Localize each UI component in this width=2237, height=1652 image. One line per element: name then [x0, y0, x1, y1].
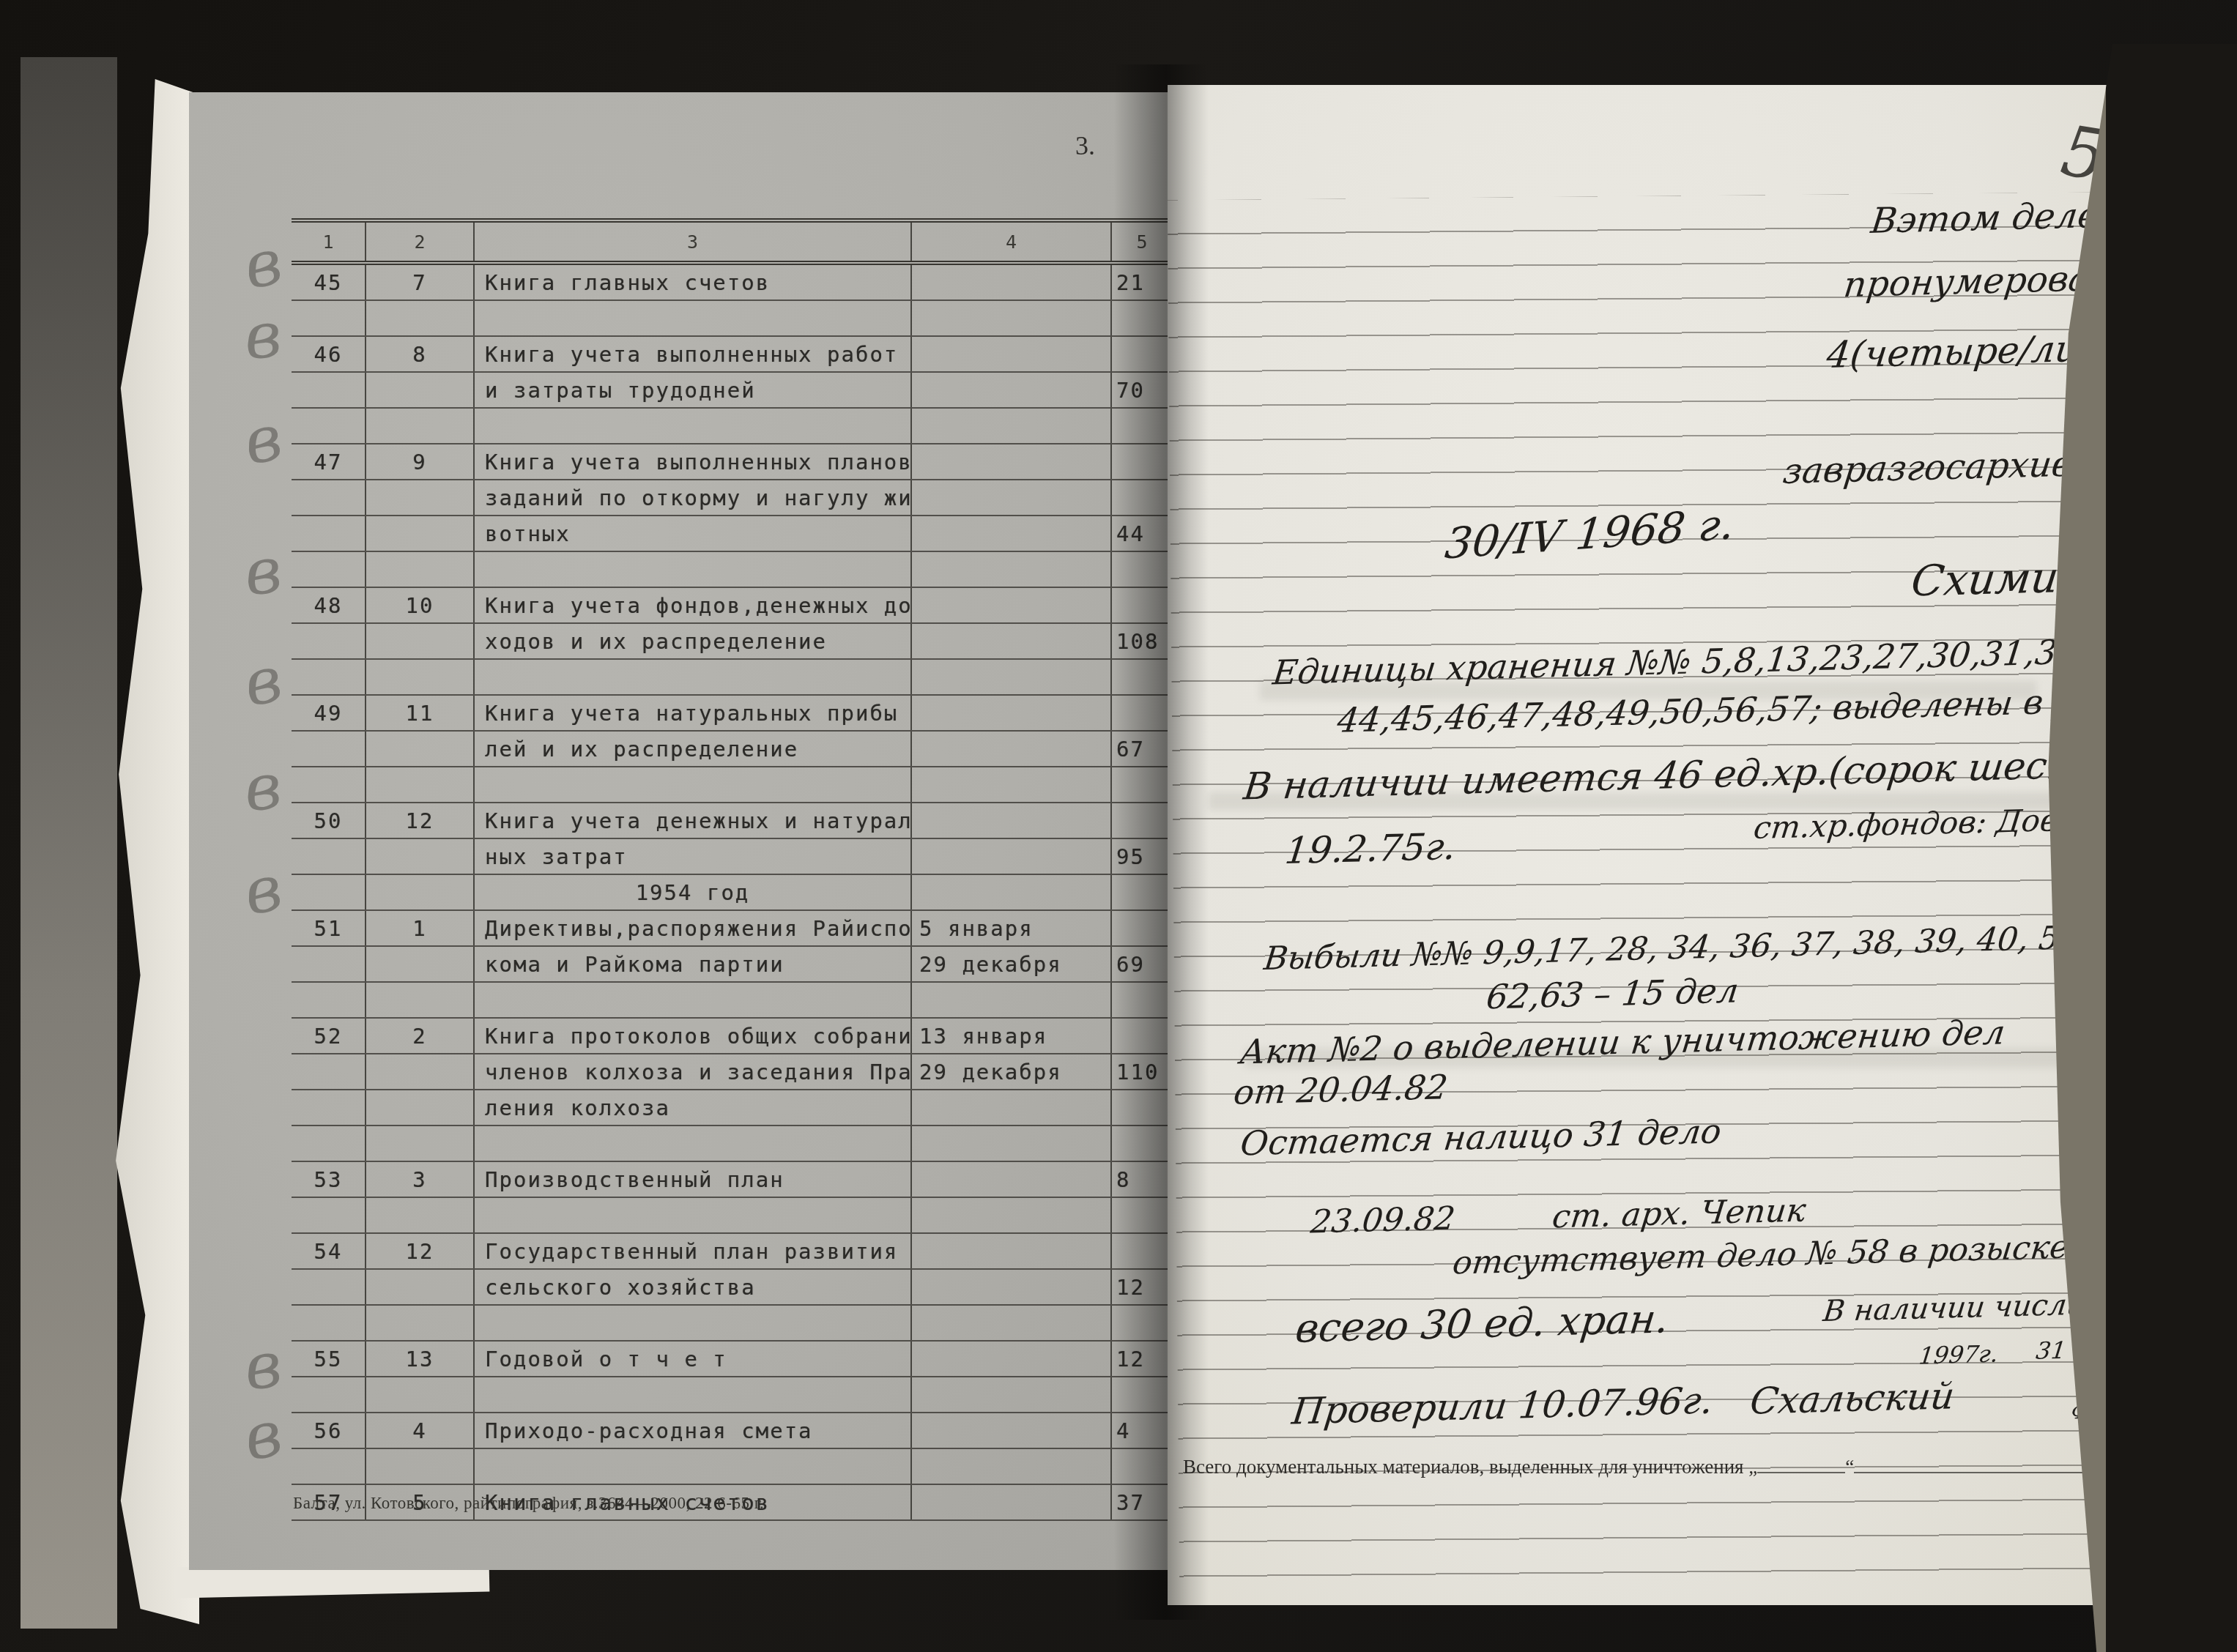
cell-entry-number: 51 [292, 911, 366, 945]
table-row: 48 10 Книга учета фондов,денежных до- [292, 588, 1168, 624]
cell-entry-number: 50 [292, 803, 366, 838]
cell-dates [912, 337, 1112, 371]
check-mark: в [242, 755, 283, 821]
check-mark: в [242, 1333, 285, 1400]
left-page-number: 3. [1075, 130, 1095, 161]
cell-inventory-number [366, 480, 475, 515]
cell-dates [912, 516, 1112, 551]
cell-entry-number: 48 [292, 588, 366, 622]
cell-title [475, 1126, 912, 1161]
cell-inventory-number [366, 732, 475, 766]
cell-entry-number: 56 [292, 1413, 366, 1448]
destruction-act-line2: от 20.04.82 [1232, 1068, 1450, 1111]
cell-dates [912, 1198, 1112, 1232]
print-shop-imprint: Балта, ул. Котовского, райтипография, з.… [293, 1494, 764, 1513]
check-date: 23.09.82 [1309, 1201, 1457, 1240]
header-col-1: 1 [292, 223, 366, 261]
check-mark: в [242, 303, 283, 368]
cell-entry-number [292, 839, 366, 874]
cell-inventory-number [366, 947, 475, 981]
cell-title: вотных [475, 516, 912, 551]
cell-inventory-number [366, 1054, 475, 1089]
cell-inventory-number: 9 [366, 444, 475, 479]
cell-dates [912, 552, 1112, 587]
cell-entry-number [292, 875, 366, 909]
cell-inventory-number [366, 409, 475, 443]
total-units-note: всего 30 ед. хран. [1294, 1297, 1671, 1350]
book-scan: 3. 1 2 3 4 5 45 7 Книга главных счетов 2… [0, 0, 2237, 1652]
cell-entry-number [292, 947, 366, 981]
cell-title: и затраты трудодней [475, 373, 912, 407]
cell-inventory-number: 2 [366, 1019, 475, 1053]
book-cover-left-edge [21, 57, 117, 1629]
cell-title: членов колхоза и заседания Прав [475, 1054, 912, 1089]
cell-dates [912, 1342, 1112, 1376]
cell-title [475, 1377, 912, 1412]
table-row [292, 767, 1168, 803]
cell-dates: 29 декабря [912, 947, 1112, 981]
table-row: 52 2 Книга протоколов общих собраний 13 … [292, 1019, 1168, 1054]
table-row [292, 1377, 1168, 1413]
cell-title: ления колхоза [475, 1090, 912, 1125]
table-row: 55 13 Годовой о т ч е т 12 [292, 1342, 1168, 1377]
cell-dates [912, 409, 1112, 443]
cell-entry-number [292, 1306, 366, 1340]
table-row: 46 8 Книга учета выполненных работ [292, 337, 1168, 373]
cell-dates [912, 803, 1112, 838]
cell-inventory-number: 12 [366, 803, 475, 838]
cell-title [475, 767, 912, 802]
table-row: членов колхоза и заседания Прав 29 декаб… [292, 1054, 1168, 1090]
cell-title: Книга главных счетов [475, 265, 912, 299]
cell-dates [912, 624, 1112, 658]
cell-entry-number: 45 [292, 265, 366, 299]
cell-dates [912, 588, 1112, 622]
table-row: и затраты трудодней 70 [292, 373, 1168, 409]
cell-inventory-number [366, 767, 475, 802]
cell-inventory-number [366, 839, 475, 874]
availability-year: 1997г. [1918, 1342, 2000, 1369]
cell-dates [912, 444, 1112, 479]
cell-title: Книга учета выполненных работ [475, 337, 912, 371]
cell-title [475, 1198, 912, 1232]
table-row: 45 7 Книга главных счетов 21 [292, 265, 1168, 301]
table-row: 56 4 Приходо-расходная смета 4 [292, 1413, 1168, 1449]
cell-entry-number [292, 624, 366, 658]
cell-entry-number: 47 [292, 444, 366, 479]
cell-title: сельского хозяйства [475, 1270, 912, 1304]
cell-entry-number [292, 480, 366, 515]
cell-dates [912, 1090, 1112, 1125]
table-row: 50 12 Книга учета денежных и натураль [292, 803, 1168, 839]
cell-title: Книга учета выполненных плановых [475, 444, 912, 479]
ruled-lines [1168, 192, 2117, 1584]
cell-entry-number [292, 767, 366, 802]
cell-dates [912, 839, 1112, 874]
cell-inventory-number: 13 [366, 1342, 475, 1376]
table-row: ных затрат 95 [292, 839, 1168, 875]
cell-entry-number: 53 [292, 1162, 366, 1197]
cell-dates [912, 301, 1112, 335]
table-row: 51 1 Директивы,распоряжения Райиспол- 5 … [292, 911, 1168, 947]
cell-dates [912, 1377, 1112, 1412]
cell-title: заданий по откорму и нагулу жи- [475, 480, 912, 515]
cell-dates [912, 265, 1112, 299]
table-row [292, 1198, 1168, 1234]
cell-inventory-number [366, 1377, 475, 1412]
cell-entry-number [292, 1449, 366, 1484]
cell-entry-number [292, 1198, 366, 1232]
cell-dates [912, 1162, 1112, 1197]
cell-title: Книга протоколов общих собраний [475, 1019, 912, 1053]
cell-title: 1954 год [475, 875, 912, 909]
cell-inventory-number [366, 1198, 475, 1232]
cell-dates [912, 660, 1112, 694]
cell-dates [912, 983, 1112, 1017]
cell-entry-number [292, 660, 366, 694]
cell-title: Книга учета натуральных прибы - [475, 696, 912, 730]
cell-dates [912, 1270, 1112, 1304]
table-row: заданий по откорму и нагулу жи- [292, 480, 1168, 516]
table-body: 45 7 Книга главных счетов 21 46 8 Книга … [292, 265, 1168, 1521]
book-gutter-shadow [1113, 64, 1209, 1620]
cell-title: Приходо-расходная смета [475, 1413, 912, 1448]
table-row [292, 983, 1168, 1019]
cell-entry-number [292, 301, 366, 335]
table-row: 54 12 Государственный план развития [292, 1234, 1168, 1270]
cell-entry-number: 46 [292, 337, 366, 371]
cell-inventory-number [366, 373, 475, 407]
cell-entry-number [292, 1377, 366, 1412]
table-row: 47 9 Книга учета выполненных плановых [292, 444, 1168, 480]
table-row [292, 1306, 1168, 1342]
cell-inventory-number [366, 660, 475, 694]
cell-entry-number [292, 732, 366, 766]
cell-dates [912, 373, 1112, 407]
cell-dates [912, 480, 1112, 515]
cell-entry-number [292, 1270, 366, 1304]
cell-inventory-number: 11 [366, 696, 475, 730]
cell-title: ходов и их распределение [475, 624, 912, 658]
cell-entry-number: 52 [292, 1019, 366, 1053]
cell-inventory-number: 3 [366, 1162, 475, 1197]
cell-title: Производственный план [475, 1162, 912, 1197]
table-row: ления колхоза [292, 1090, 1168, 1126]
cell-inventory-number [366, 1126, 475, 1161]
cell-title: Государственный план развития [475, 1234, 912, 1268]
cell-inventory-number [366, 983, 475, 1017]
cell-title [475, 1449, 912, 1484]
cell-inventory-number [366, 1270, 475, 1304]
cell-dates: 29 декабря [912, 1054, 1112, 1089]
table-header-row: 1 2 3 4 5 [292, 218, 1168, 265]
cell-inventory-number: 10 [366, 588, 475, 622]
cell-title: Книга учета фондов,денежных до- [475, 588, 912, 622]
table-row: лей и их распределение 67 [292, 732, 1168, 767]
archivist-signature: ст. арх. Чепик [1551, 1193, 1808, 1235]
cell-dates [912, 1413, 1112, 1448]
cell-title: Директивы,распоряжения Райиспол- [475, 911, 912, 945]
cell-title: Годовой о т ч е т [475, 1342, 912, 1376]
cell-dates [912, 875, 1112, 909]
table-row [292, 660, 1168, 696]
closing-quote: “ [1845, 1456, 1854, 1478]
table-row: 53 3 Производственный план 8 [292, 1162, 1168, 1198]
cell-entry-number [292, 552, 366, 587]
cell-entry-number [292, 373, 366, 407]
cell-dates [912, 1306, 1112, 1340]
table-row [292, 1449, 1168, 1485]
cell-entry-number [292, 409, 366, 443]
table-row: сельского хозяйства 12 [292, 1270, 1168, 1306]
cell-entry-number [292, 516, 366, 551]
table-row [292, 1126, 1168, 1162]
cell-title: лей и их распределение [475, 732, 912, 766]
cell-entry-number: 55 [292, 1342, 366, 1376]
cell-entry-number [292, 1054, 366, 1089]
date-annotation-mid: 19.2.75г. [1283, 827, 1458, 871]
cell-inventory-number [366, 552, 475, 587]
header-col-4: 4 [912, 223, 1112, 261]
cell-inventory-number [366, 875, 475, 909]
cell-entry-number [292, 1126, 366, 1161]
cell-inventory-number [366, 516, 475, 551]
cell-entry-number [292, 983, 366, 1017]
note-signature: Схими [1909, 554, 2061, 605]
verifier-signature: Схальский [1748, 1376, 1956, 1421]
table-row [292, 301, 1168, 337]
cell-dates: 5 января [912, 911, 1112, 945]
cell-title [475, 301, 912, 335]
cell-title: кома и Райкома партии [475, 947, 912, 981]
removed-units-line2: 62,63 – 15 дел [1485, 972, 1741, 1016]
fill-in-blank [1757, 1456, 1845, 1473]
cell-dates [912, 767, 1112, 802]
cell-title [475, 409, 912, 443]
cell-title [475, 1306, 912, 1340]
cell-inventory-number [366, 1306, 475, 1340]
cell-title [475, 660, 912, 694]
table-row: вотных 44 [292, 516, 1168, 552]
cell-entry-number: 54 [292, 1234, 366, 1268]
table-row: кома и Райкома партии 29 декабря 69 [292, 947, 1168, 983]
header-col-3: 3 [475, 223, 912, 261]
cell-inventory-number: 7 [366, 265, 475, 299]
cell-dates [912, 732, 1112, 766]
cell-inventory-number: 8 [366, 337, 475, 371]
cell-entry-number [292, 1090, 366, 1125]
cell-inventory-number [366, 624, 475, 658]
cell-inventory-number [366, 301, 475, 335]
table-row [292, 552, 1168, 588]
note-in-this-file: Вэтом деле [1869, 196, 2100, 241]
cell-title [475, 983, 912, 1017]
table-row: 1954 год [292, 875, 1168, 911]
printed-destruction-label: Всего документальных материалов, выделен… [1183, 1456, 1757, 1478]
cell-inventory-number [366, 1449, 475, 1484]
cell-title: ных затрат [475, 839, 912, 874]
cell-dates [912, 1449, 1112, 1484]
cell-dates [912, 696, 1112, 730]
printed-destruction-line: Всего документальных материалов, выделен… [1183, 1456, 2169, 1478]
cell-inventory-number [366, 1090, 475, 1125]
table-row: ходов и их распределение 108 [292, 624, 1168, 660]
check-mark: в [242, 539, 285, 606]
cell-dates [912, 1485, 1112, 1519]
cell-entry-number: 49 [292, 696, 366, 730]
cell-dates [912, 1234, 1112, 1268]
cell-title: Книга учета денежных и натураль [475, 803, 912, 838]
table-row [292, 409, 1168, 444]
cell-title [475, 552, 912, 587]
cell-inventory-number: 12 [366, 1234, 475, 1268]
inventory-table: 1 2 3 4 5 45 7 Книга главных счетов 21 [292, 218, 1168, 1521]
cell-inventory-number: 1 [366, 911, 475, 945]
header-col-2: 2 [366, 223, 475, 261]
table-row: 49 11 Книга учета натуральных прибы - [292, 696, 1168, 732]
cell-inventory-number: 4 [366, 1413, 475, 1448]
cell-dates [912, 1126, 1112, 1161]
cell-dates: 13 января [912, 1019, 1112, 1053]
